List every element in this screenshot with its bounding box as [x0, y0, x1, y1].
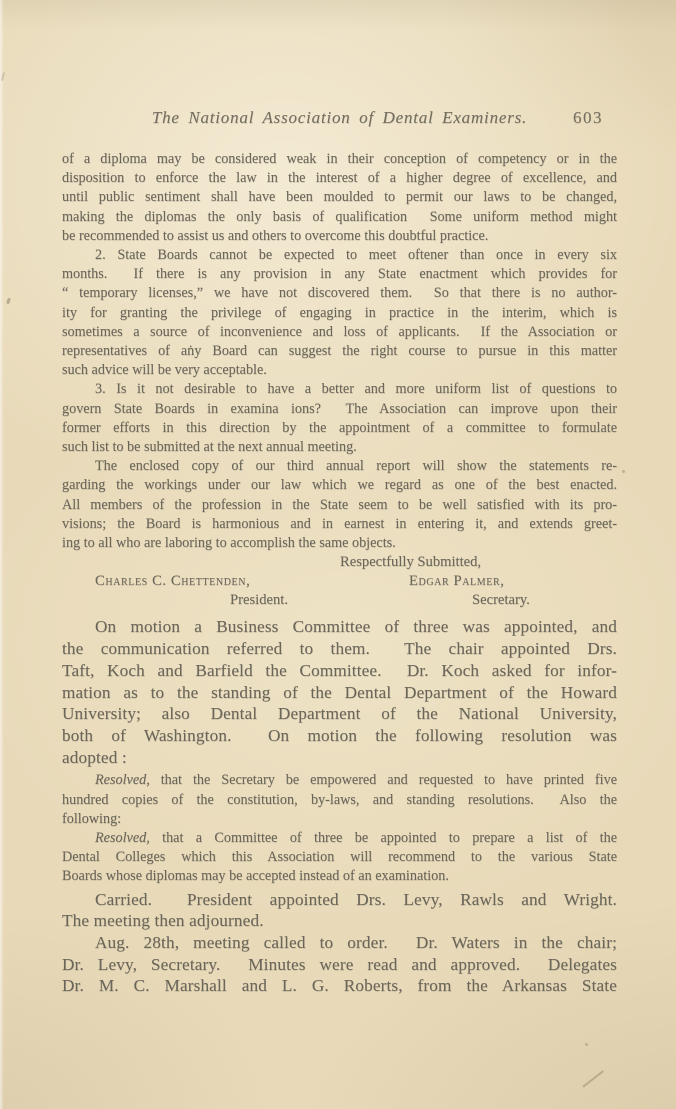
report-paragraphs: of a diploma may be considered weak in t… — [62, 150, 617, 553]
text-line: ity for granting the privilege of engagi… — [62, 304, 617, 323]
text-line: adopted : — [62, 747, 617, 769]
page-content: The National Association of Dental Exami… — [62, 0, 617, 997]
italic-lead-word: Resolved, — [95, 772, 150, 788]
text-line: 3. Is it not desirable to have a better … — [62, 380, 617, 399]
text-line: University; also Dental Department of th… — [62, 703, 617, 725]
text-line: until public sentiment shall have been m… — [62, 188, 617, 207]
text-line: garding the workings under our law which… — [62, 476, 617, 495]
text-line: Resolved, that a Committee of three be a… — [62, 829, 617, 848]
text-line: hundred copies of the constitution, by-l… — [62, 791, 617, 810]
text-line: disposition to enforce the law in the in… — [62, 169, 617, 188]
running-header: The National Association of Dental Exami… — [62, 108, 617, 130]
minutes-paragraphs: On motion a Business Committee of three … — [62, 616, 617, 997]
scratch-mark — [1, 72, 5, 81]
text-line: visions; the Board is harmonious and in … — [62, 515, 617, 534]
paragraph: The enclosed copy of our third annual re… — [62, 457, 617, 553]
book-page: The National Association of Dental Exami… — [0, 0, 676, 1109]
page-title: The National Association of Dental Exami… — [152, 108, 527, 127]
text-line: of a diploma may be considered weak in t… — [62, 150, 617, 169]
paragraph: Carried. President appointed Drs. Levy, … — [62, 889, 617, 932]
text-line: Boards whose diplomas may be accepted in… — [62, 867, 617, 886]
text-line: Aug. 28th, meeting called to order. Dr. … — [62, 932, 617, 954]
page-number: 603 — [573, 108, 603, 128]
text-line: representatives of aṅy Board can suggest… — [62, 342, 617, 361]
text-line: making the diplomas the only basis of qu… — [62, 208, 617, 227]
text-line: mation as to the standing of the Dental … — [62, 682, 617, 704]
italic-lead-word: Resolved, — [95, 830, 150, 846]
text-line: Taft, Koch and Barfield the Committee. D… — [62, 660, 617, 682]
text-line: Dr. M. C. Marshall and L. G. Roberts, fr… — [62, 975, 617, 997]
text-line: Dr. Levy, Secretary. Minutes were read a… — [62, 954, 617, 976]
signature-name-secretary: Edgar Palmer, — [409, 573, 504, 590]
text-line: sometimes a source of inconvenience and … — [62, 323, 617, 342]
paper-speck — [622, 470, 625, 473]
paper-speck — [6, 298, 11, 305]
text-line: 2. State Boards cannot be expected to me… — [62, 246, 617, 265]
signature-titles-row: President. Secretary. — [62, 592, 617, 611]
text-line: former efforts in this direction by the … — [62, 419, 617, 438]
text-line: The enclosed copy of our third annual re… — [62, 457, 617, 476]
text-line: “ temporary licenses,” we have not disco… — [62, 284, 617, 303]
text-line: such advice will be very acceptable. — [62, 361, 617, 380]
text-line: following: — [62, 810, 617, 829]
paragraph: Resolved, that the Secretary be empowere… — [62, 771, 617, 829]
signature-closing: Respectfully Submitted, — [340, 553, 617, 572]
text-line: both of Washington. On motion the follow… — [62, 725, 617, 747]
paragraph: On motion a Business Committee of three … — [62, 616, 617, 768]
signature-name-president: Charles C. Chettenden, — [95, 573, 250, 590]
scratch-mark — [582, 1070, 603, 1087]
text-line: Resolved, that the Secretary be empowere… — [62, 771, 617, 790]
signature-names-row: Charles C. Chettenden, Edgar Palmer, — [62, 573, 617, 592]
paragraph: Resolved, that a Committee of three be a… — [62, 829, 617, 887]
signature-title-secretary: Secretary. — [472, 592, 530, 609]
paragraph: Aug. 28th, meeting called to order. Dr. … — [62, 932, 617, 997]
text-line: On motion a Business Committee of three … — [62, 616, 617, 638]
text-line: The meeting then adjourned. — [62, 910, 617, 932]
text-line: ing to all who are laboring to accomplis… — [62, 534, 617, 553]
text-line: months. If there is any provision in any… — [62, 265, 617, 284]
text-line: the communication referred to them. The … — [62, 638, 617, 660]
signature-block: Respectfully Submitted, Charles C. Chett… — [62, 553, 617, 611]
text-line: Carried. President appointed Drs. Levy, … — [62, 889, 617, 911]
text-line: Dental Colleges which this Association w… — [62, 848, 617, 867]
text-line: govern State Boards in examina ions? The… — [62, 400, 617, 419]
text-line: All members of the profession in the Sta… — [62, 496, 617, 515]
paragraph: of a diploma may be considered weak in t… — [62, 150, 617, 246]
signature-title-president: President. — [230, 592, 288, 609]
text-line: be recommended to assist us and others t… — [62, 227, 617, 246]
paragraph: 3. Is it not desirable to have a better … — [62, 380, 617, 457]
paragraph: 2. State Boards cannot be expected to me… — [62, 246, 617, 380]
paper-speck — [585, 1043, 588, 1046]
text-line: such list to be submitted at the next an… — [62, 438, 617, 457]
